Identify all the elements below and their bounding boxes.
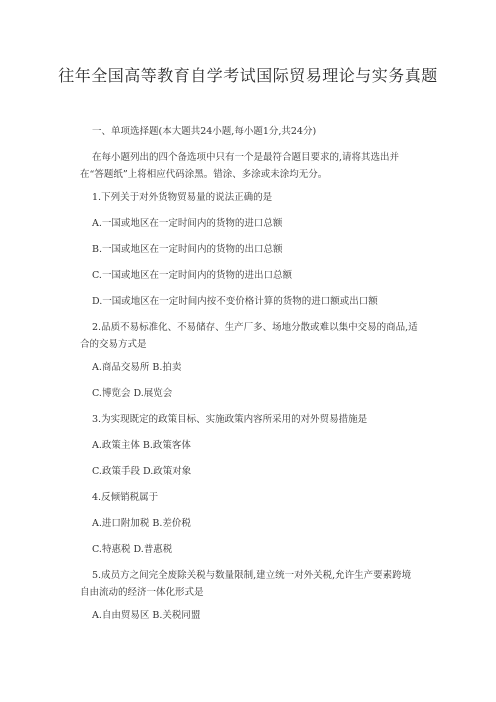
question-1-option-c: C.一国或地区在一定时间内的货物的进出口总额	[92, 267, 292, 284]
question-5-options-ab: A.自由贸易区 B.关税同盟	[92, 607, 200, 624]
question-1-option-a: A.一国或地区在一定时间内的货物的进口总额	[92, 215, 282, 232]
document-title: 往年全国高等教育自学考试国际贸易理论与实务真题	[0, 63, 496, 86]
document-page: 往年全国高等教育自学考试国际贸易理论与实务真题 一、单项选择题(本大题共24小题…	[0, 0, 496, 702]
question-3-stem: 3.为实现既定的政策目标、实施政策内容所采用的对外贸易措施是	[92, 411, 367, 428]
question-4-options-cd: C.特惠税 D.普惠税	[92, 541, 172, 558]
section-heading: 一、单项选择题(本大题共24小题,每小题1分,共24分)	[92, 123, 316, 140]
question-3-options-ab: A.政策主体 B.政策客体	[92, 437, 191, 454]
question-4-stem: 4.反倾销税属于	[92, 489, 158, 506]
question-5-stem: 5.成员方之间完全废除关税与数量限制,建立统一对外关税,允许生产要素跨境自由流动…	[80, 567, 420, 601]
question-1-option-d: D.一国或地区在一定时间内按不变价格计算的货物的进口额或出口额	[92, 293, 378, 310]
question-1-option-b: B.一国或地区在一定时间内的货物的出口总额	[92, 241, 283, 258]
question-4-options-ab: A.进口附加税 B.差价税	[92, 515, 191, 532]
question-2-options-ab: A.商品交易所 B.拍卖	[92, 359, 181, 376]
instructions: 在每小题列出的四个备选项中只有一个是最符合题目要求的,请将其选出并在“答题纸”上…	[80, 149, 420, 183]
question-3-options-cd: C.政策手段 D.政策对象	[92, 463, 191, 480]
question-2-stem: 2.品质不易标准化、不易储存、生产厂多、场地分散或难以集中交易的商品,适合的交易…	[80, 319, 420, 353]
question-2-options-cd: C.博览会 D.展览会	[92, 385, 172, 402]
question-1-stem: 1.下列关于对外货物贸易量的说法正确的是	[92, 189, 272, 206]
